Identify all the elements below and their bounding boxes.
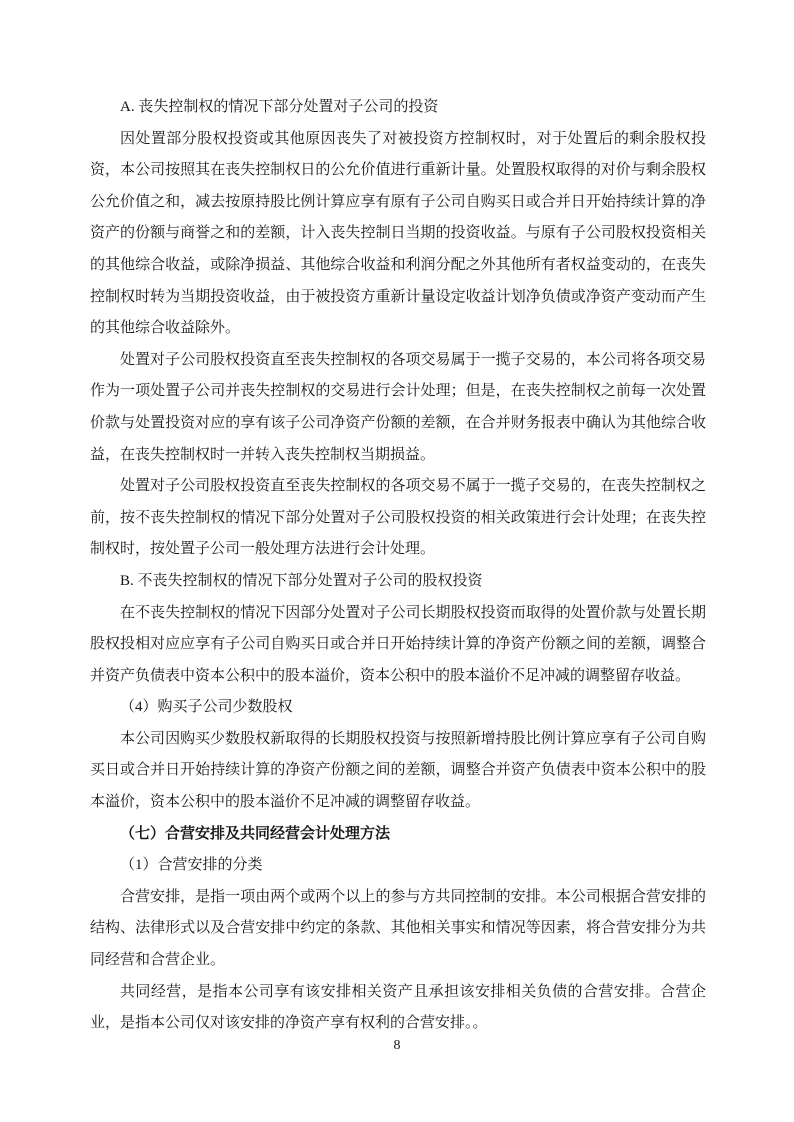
section-7-heading: （七）合营安排及共同经营会计处理方法 <box>90 819 706 851</box>
paragraph: 在不丧失控制权的情况下因部分处置对子公司长期股权投资而取得的处置价款与处置长期股… <box>90 598 706 693</box>
paragraph: 处置对子公司股权投资直至丧失控制权的各项交易不属于一揽子交易的，在丧失控制权之前… <box>90 471 706 566</box>
paragraph: 共同经营，是指本公司享有该安排相关资产且承担该安排相关负债的合营安排。合营企业，… <box>90 977 706 1040</box>
subheading-a: A. 丧失控制权的情况下部分处置对子公司的投资 <box>90 92 706 124</box>
page-number: 8 <box>0 1038 794 1054</box>
item-4-heading: （4）购买子公司少数股权 <box>90 692 706 724</box>
item-1-heading: （1）合营安排的分类 <box>90 850 706 882</box>
paragraph: 因处置部分股权投资或其他原因丧失了对被投资方控制权时，对于处置后的剩余股权投资，… <box>90 124 706 345</box>
paragraph: 合营安排，是指一项由两个或两个以上的参与方共同控制的安排。本公司根据合营安排的结… <box>90 882 706 977</box>
paragraph: 本公司因购买少数股权新取得的长期股权投资与按照新增持股比例计算应享有子公司自购买… <box>90 724 706 819</box>
paragraph: 处置对子公司股权投资直至丧失控制权的各项交易属于一揽子交易的，本公司将各项交易作… <box>90 345 706 471</box>
document-page: A. 丧失控制权的情况下部分处置对子公司的投资 因处置部分股权投资或其他原因丧失… <box>0 0 794 1122</box>
subheading-b: B. 不丧失控制权的情况下部分处置对子公司的股权投资 <box>90 566 706 598</box>
document-body: A. 丧失控制权的情况下部分处置对子公司的投资 因处置部分股权投资或其他原因丧失… <box>90 92 706 1040</box>
